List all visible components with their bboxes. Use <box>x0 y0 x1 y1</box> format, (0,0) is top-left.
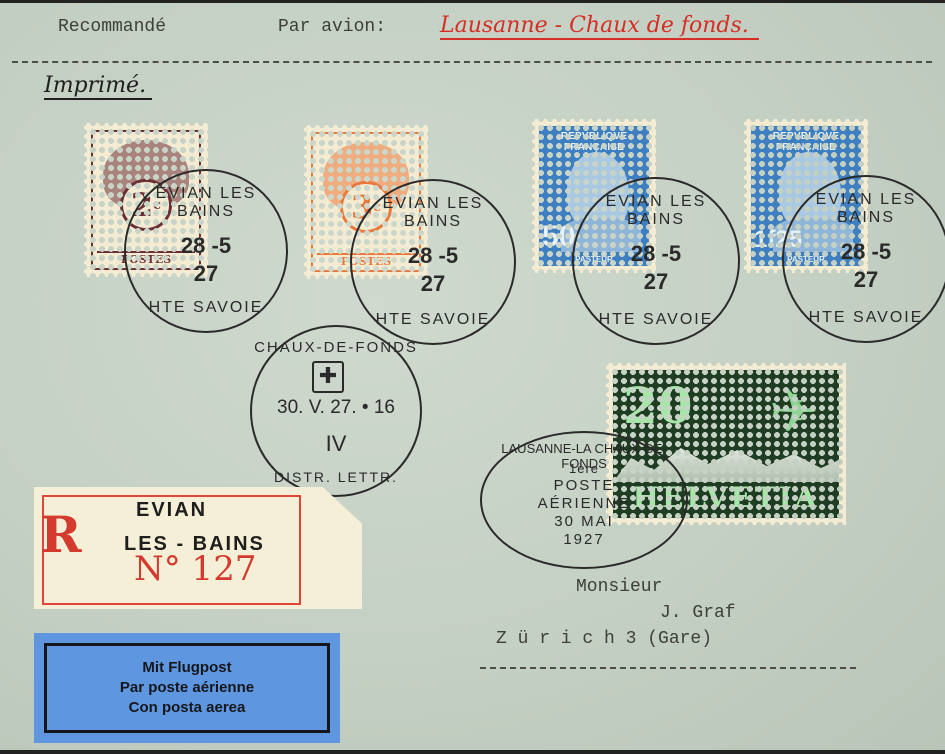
route-handwritten: Lausanne - Chaux de fonds. <box>440 13 759 40</box>
registration-number: N° 127 <box>134 549 256 589</box>
registration-label: R EVIAN LES - BAINS N° 127 <box>34 487 362 609</box>
postmark-evian-1: EVIAN LES BAINS 28 -5 27 HTE SAVOIE <box>124 169 288 333</box>
address-underline <box>480 667 856 669</box>
postmark-evian-3: EVIAN LES BAINS 28 -5 27 HTE SAVOIE <box>572 177 740 345</box>
postmark-evian-2: EVIAN LES BAINS 28 -5 27 HTE SAVOIE <box>350 179 516 345</box>
printed-matter-handwritten: Imprimé. <box>44 73 152 100</box>
postmark-evian-4: EVIAN LES BAINS 28 -5 27 HTE SAVOIE <box>782 175 945 343</box>
envelope: Recommandé Par avion: Lausanne - Chaux d… <box>0 0 945 754</box>
swiss-cross-icon: ✚ <box>312 361 344 393</box>
by-air-label: Par avion: <box>278 17 386 37</box>
airmail-label: Mit Flugpost Par poste aérienne Con post… <box>34 633 340 743</box>
postmark-chaux-de-fonds: CHAUX-DE-FONDS ✚ 30. V. 27. • 16 IV DIST… <box>250 325 422 497</box>
cachet-first-flight: LAUSANNE-LA CHAUX-DE-FONDS 1ère POSTE AÉ… <box>480 431 688 569</box>
address-line-2: J. Graf <box>660 603 736 623</box>
address-line-3: Z ü r i c h 3 (Gare) <box>496 629 712 649</box>
dashed-divider <box>12 61 932 63</box>
airplane-icon: ✈ <box>769 382 819 442</box>
address-line-1: Monsieur <box>576 577 662 597</box>
registration-r: R <box>40 505 82 564</box>
registered-label: Recommandé <box>58 17 166 37</box>
